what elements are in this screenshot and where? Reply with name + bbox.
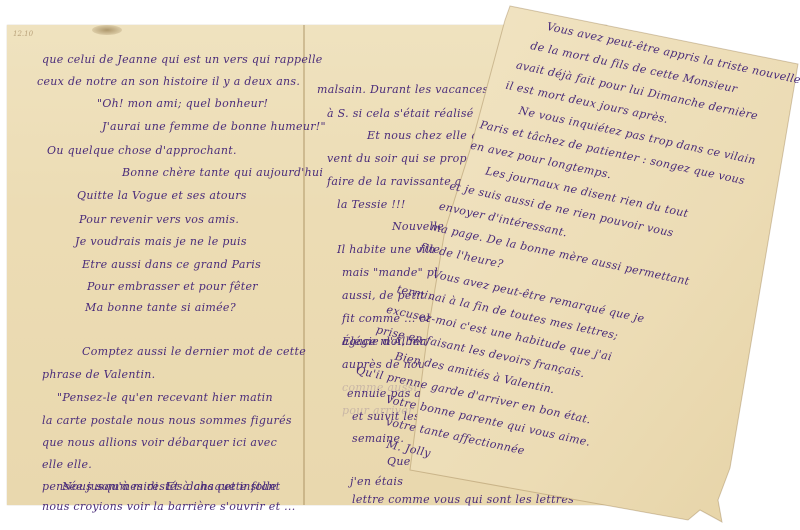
front-letter-sheet: Vous avez peut-être appris la triste nou…: [0, 0, 800, 530]
